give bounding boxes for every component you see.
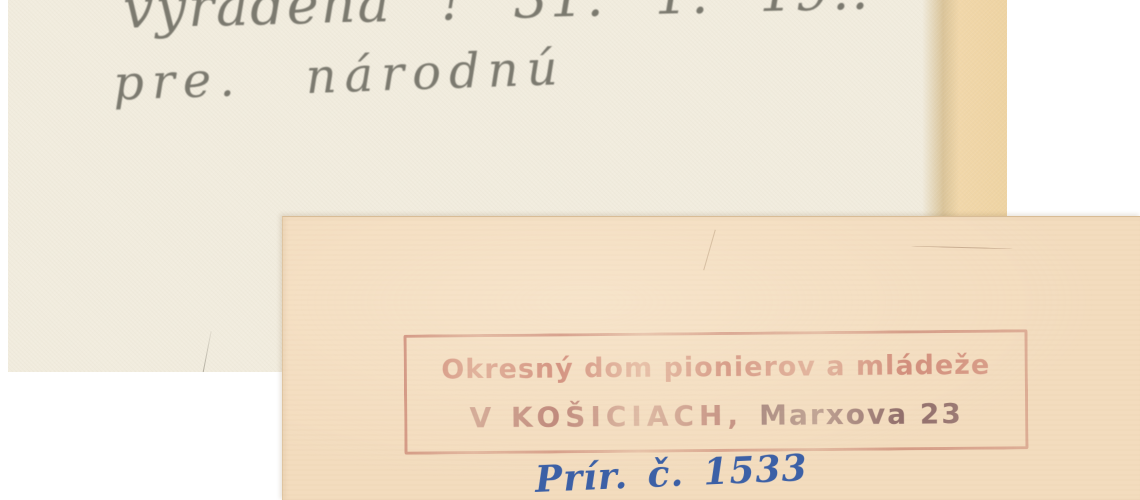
pencil-note-line1: vyradená ! 31. 1. 19.. [122, 0, 871, 41]
library-stamp: Okresný dom pionierov a mládeže V KOŠICI… [403, 329, 1028, 454]
stamp-city: V KOŠICIACH, [469, 399, 743, 434]
pink-page: Okresný dom pionierov a mládeže V KOŠICI… [282, 216, 1140, 500]
crease-mark-horizontal [911, 246, 1013, 250]
stamp-institution-name: Okresný dom pionierov a mládeže [441, 349, 990, 385]
pencil-note-line2: pre. národnú [112, 40, 566, 112]
scratch-mark [189, 331, 211, 372]
accession-number: Prír. č. 1533 [534, 447, 808, 500]
scanned-document: vyradená ! 31. 1. 19.. pre. národnú Okre… [0, 0, 1140, 500]
stamp-address-line: V KOŠICIACH, Marxova 23 [469, 397, 963, 434]
stamp-street-number: Marxova 23 [759, 397, 963, 432]
crease-mark-diagonal [703, 230, 716, 271]
